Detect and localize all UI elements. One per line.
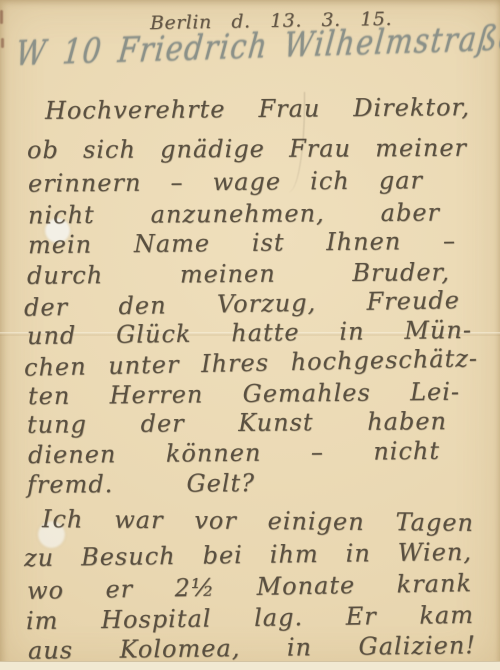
edge-speck: [1, 38, 4, 48]
handwriting-line-12: fremd. Gelt?: [27, 471, 255, 498]
handwriting-line-13: Ich war vor einigen Tagen: [42, 507, 474, 536]
handwriting-line-1: ob sich gnädige Frau meiner: [27, 136, 467, 163]
handwriting-line-10: tung der Kunst haben: [27, 409, 447, 438]
handwriting-line-5: durch meinen Bruder,: [27, 260, 450, 289]
handwriting-line-17: aus Kolomea, in Galizien!: [28, 633, 476, 664]
handwriting-line-2: erinnern – wage ich gar: [28, 168, 423, 197]
letter-page: Berlin d. 13. 3. 15. W 10 Friedrich Wilh…: [0, 0, 500, 670]
handwriting-line-3: nicht anzunehmen, aber: [28, 201, 440, 229]
handwriting-line-7: und Glück hatte in Mün-: [27, 318, 472, 349]
handwriting-line-15: wo er 2½ Monate krank: [27, 571, 472, 604]
handwriting-line-4: mein Name ist Ihnen –: [28, 229, 456, 259]
handwriting-line-11: dienen können – nicht: [28, 439, 440, 469]
handwriting-line-8: chen unter Ihres hochgeschätz-: [24, 346, 478, 381]
handwriting-line-14: zu Besuch bei ihm in Wien,: [24, 540, 472, 571]
edge-speck: [0, 10, 3, 24]
handwriting-line-9: ten Herren Gemahles Lei-: [28, 380, 460, 410]
salutation-line: Hochverehrte Frau Direktor,: [45, 95, 470, 124]
handwriting-line-16: im Hospital lag. Er kam: [26, 603, 474, 634]
